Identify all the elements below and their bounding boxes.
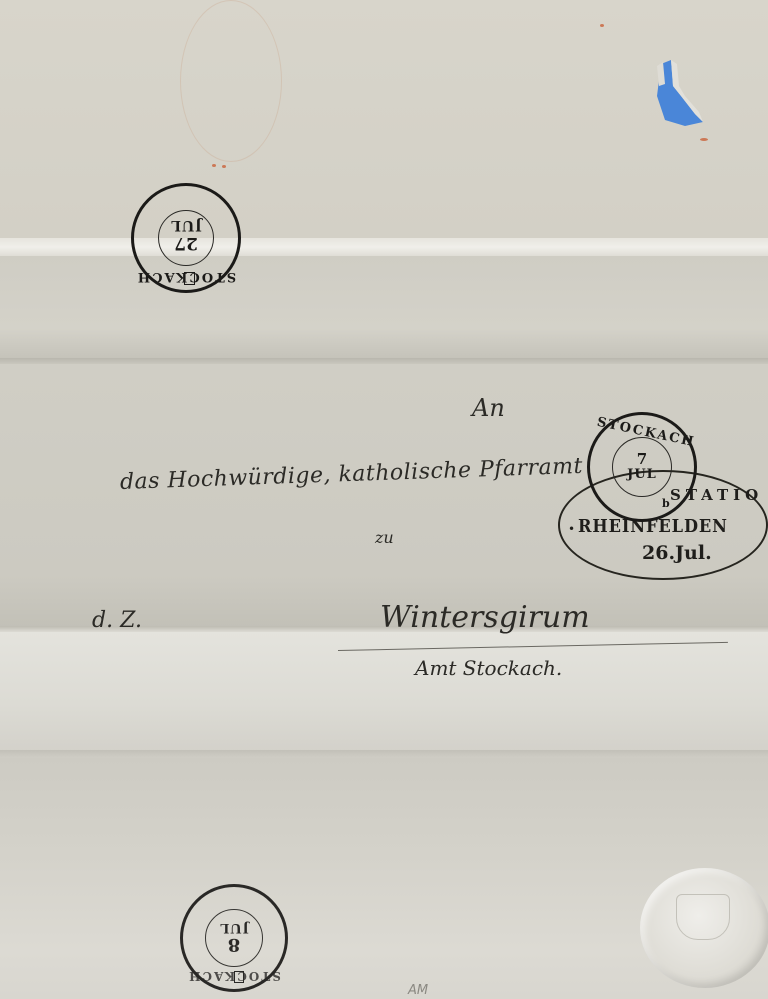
dot-ornament: • [568,522,575,536]
stain-ring [180,0,282,162]
place-text: Wintersgirum [380,600,590,635]
postmark-stockach-8-jul: 8 JUL STOCKACH [180,884,288,992]
preposition-text: zu [375,528,394,547]
district-text: Amt Stockach. [415,656,562,680]
postmark-box-icon [184,272,195,285]
postmark-suffix: b [662,497,670,510]
fold-panel-2 [0,256,768,360]
postmark-day: 8 [183,934,285,955]
postmark-stockach-27-jul: 27 JUL STOCKACH [131,183,241,293]
postmark-month: JUL [183,920,285,935]
rust-spot [600,24,604,27]
fold-crease-4 [0,750,768,758]
letter-sheet: 27 JUL STOCKACH An das Hochwürdige, kath… [0,0,768,999]
rust-spot [212,164,216,167]
postmark-day: 7 [590,450,694,468]
seal-crest-icon [676,894,730,940]
fold-crease-1 [0,238,768,256]
torn-hole-icon [655,56,705,128]
salutation-text: An [472,394,505,422]
oval-line-3: 26.Jul. [642,542,712,564]
rust-spot [222,165,226,168]
postmark-month: JUL [590,467,694,482]
pencil-note: AM [408,983,428,998]
marginal-note: d. Z. [92,608,142,633]
fold-panel-1 [0,0,768,238]
postmark-box-icon [234,971,244,983]
postmark-stockach-7-jul: STOCKACH 7 JUL b [587,412,697,522]
postmark-day: 27 [134,233,238,253]
postmark-month: JUL [134,217,238,233]
embossed-seal-icon [640,868,768,988]
rust-spot [700,138,708,141]
